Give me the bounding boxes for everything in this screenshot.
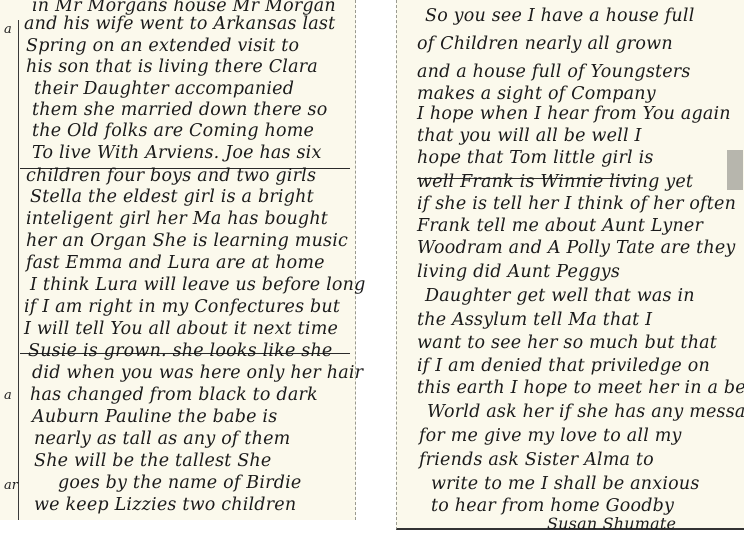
handwritten-line: inteligent girl her Ma has bought	[26, 209, 328, 229]
margin-note: a	[4, 388, 12, 403]
handwritten-line: living did Aunt Peggys	[417, 262, 620, 282]
handwritten-line: friends ask Sister Alma to	[419, 450, 654, 470]
handwritten-line: well Frank is Winnie living yet	[417, 172, 693, 192]
margin-note: ar	[4, 478, 18, 493]
handwritten-line: Stella the eldest girl is a bright	[30, 187, 314, 207]
handwritten-line: the Old folks are Coming home	[32, 121, 314, 141]
handwritten-line: World ask her if she has any message	[427, 402, 744, 422]
handwritten-line: nearly as tall as any of them	[34, 429, 290, 449]
handwritten-line: Daughter get well that was in	[425, 286, 695, 306]
handwritten-line: Woodram and A Polly Tate are they	[417, 238, 736, 258]
handwritten-line: to hear from home Goodby	[431, 496, 674, 516]
handwritten-line: and his wife went to Arkansas last	[24, 14, 335, 34]
signature: Susan Shumate	[547, 514, 676, 533]
letter-page-right: So you see I have a house full of Childr…	[396, 0, 744, 530]
handwritten-line: She will be the tallest She	[34, 451, 271, 471]
handwritten-line: did when you was here only her hair	[32, 363, 363, 383]
handwritten-line: Spring on an extended visit to	[26, 36, 299, 56]
handwritten-line: To live With Arviens. Joe has six	[32, 143, 322, 163]
handwritten-line: has changed from black to dark	[30, 385, 318, 405]
handwritten-line: goes by the name of Birdie	[58, 473, 301, 493]
handwritten-line: want to see her so much but that	[417, 333, 717, 353]
handwritten-line: the Assylum tell Ma that I	[417, 310, 652, 330]
letter-page-left: in Mr Morgans house Mr Morgan and his wi…	[0, 0, 356, 520]
margin-line	[18, 20, 19, 520]
handwritten-line: Auburn Pauline the babe is	[32, 407, 277, 427]
handwritten-line: this earth I hope to meet her in a bette…	[417, 378, 744, 398]
handwritten-line: his son that is living there Clara	[26, 57, 318, 77]
paper-stain	[727, 150, 743, 190]
handwritten-line: hope that Tom little girl is	[417, 148, 654, 168]
handwritten-line: her an Organ She is learning music	[26, 231, 348, 251]
handwritten-line: if she is tell her I think of her often	[417, 194, 736, 214]
handwritten-line: Frank tell me about Aunt Lyner	[417, 216, 703, 236]
handwritten-line: that you will all be well I	[417, 126, 642, 146]
handwritten-line: of Children nearly all grown	[417, 34, 673, 54]
handwritten-line: Susie is grown. she looks like she	[28, 341, 333, 361]
handwritten-line: we keep Lizzies two children	[34, 495, 296, 515]
handwritten-line: children four boys and two girls	[26, 166, 316, 186]
handwritten-line: and a house full of Youngsters	[417, 62, 691, 82]
handwritten-line: I will tell You all about it next time	[24, 319, 338, 339]
handwritten-line: their Daughter accompanied	[34, 79, 294, 99]
handwritten-line: I hope when I hear from You again	[417, 104, 731, 124]
handwritten-line: makes a sight of Company	[417, 84, 656, 104]
handwritten-line: if I am right in my Confectures but	[24, 297, 340, 317]
handwritten-line: So you see I have a house full	[425, 6, 695, 26]
handwritten-line: write to me I shall be anxious	[431, 474, 700, 494]
margin-note: a	[4, 22, 12, 37]
handwritten-line: I think Lura will leave us before long	[30, 275, 365, 295]
handwritten-line: if I am denied that priviledge on	[417, 356, 710, 376]
handwritten-line: for me give my love to all my	[419, 426, 682, 446]
handwritten-line: fast Emma and Lura are at home	[26, 253, 325, 273]
handwritten-line: them she married down there so	[32, 100, 327, 120]
